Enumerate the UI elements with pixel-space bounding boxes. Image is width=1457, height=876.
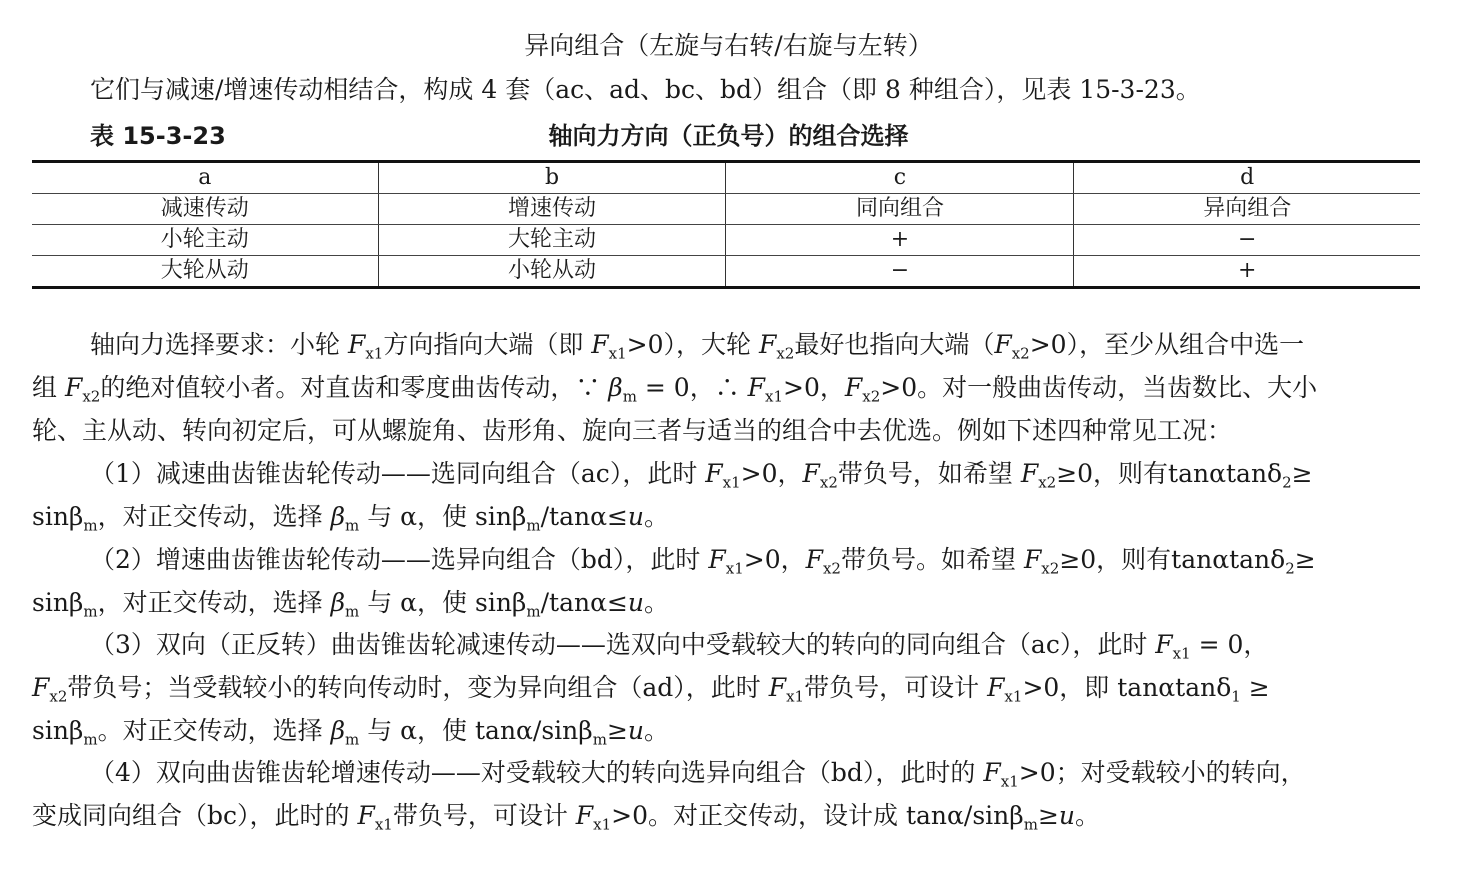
table-cell: 大轮主动 — [378, 225, 726, 256]
header-cell-a: a — [32, 162, 378, 194]
table-cell: 增速传动 — [378, 194, 726, 225]
table-header-row: a b c d — [32, 162, 1420, 194]
text-line: 组 Fx2的绝对值较小者。对直齿和零度曲齿传动，∵ βm = 0，∴ Fx1>0… — [32, 366, 1422, 409]
table-number: 表 15-3-23 — [90, 116, 226, 151]
text-line: 变成同向组合（bc），此时的 Fx1带负号，可设计 Fx1>0。对正交传动，设计… — [32, 794, 1422, 837]
requirements-paragraph: 轴向力选择要求：小轮 Fx1方向指向大端（即 Fx1>0），大轮 Fx2最好也指… — [32, 323, 1422, 452]
table-cell: + — [726, 225, 1074, 256]
table-cell: 小轮从动 — [378, 256, 726, 288]
case-2-paragraph: （2）增速曲齿锥齿轮传动——选异向组合（bd），此时 Fx1>0，Fx2带负号。… — [32, 538, 1422, 624]
case-3-paragraph: （3）双向（正反转）曲齿锥齿轮减速传动——选双向中受载较大的转向的同向组合（ac… — [32, 623, 1422, 752]
text-line: （4）双向曲齿锥齿轮增速传动——对受载较大的转向选异向组合（bd），此时的 Fx… — [32, 751, 1422, 794]
table-row: 小轮主动 大轮主动 + − — [32, 225, 1420, 256]
text-line: sinβm，对正交传动，选择 βm 与 α，使 sinβm/tanα≤u。 — [32, 581, 1422, 624]
table-cell: 同向组合 — [726, 194, 1074, 225]
text-line: Fx2带负号；当受载较小的转向传动时，变为异向组合（ad），此时 Fx1带负号，… — [32, 666, 1422, 709]
case-1-paragraph: （1）减速曲齿锥齿轮传动——选同向组合（ac），此时 Fx1>0，Fx2带负号，… — [32, 452, 1422, 538]
table-cell: − — [1074, 225, 1420, 256]
table-cell: − — [726, 256, 1074, 288]
table-row: 减速传动 增速传动 同向组合 异向组合 — [32, 194, 1420, 225]
text-line: sinβm，对正交传动，选择 βm 与 α，使 sinβm/tanα≤u。 — [32, 495, 1422, 538]
text-line: （3）双向（正反转）曲齿锥齿轮减速传动——选双向中受载较大的转向的同向组合（ac… — [32, 623, 1422, 666]
table-cell: 减速传动 — [32, 194, 378, 225]
header-cell-d: d — [1074, 162, 1420, 194]
text-line: （2）增速曲齿锥齿轮传动——选异向组合（bd），此时 Fx1>0，Fx2带负号。… — [32, 538, 1422, 581]
text-line: 轮、主从动、转向初定后，可从螺旋角、齿形角、旋向三者与适当的组合中去优选。例如下… — [32, 409, 1422, 452]
table-cell: + — [1074, 256, 1420, 288]
table-cell: 小轮主动 — [32, 225, 378, 256]
table-cell: 异向组合 — [1074, 194, 1420, 225]
axial-force-combination-table: a b c d 减速传动 增速传动 同向组合 异向组合 小轮主动 大轮主动 + … — [32, 160, 1420, 289]
header-cell-b: b — [378, 162, 726, 194]
header-cell-c: c — [726, 162, 1074, 194]
intro-paragraph: 它们与减速/增速传动相结合，构成 4 套（ac、ad、bc、bd）组合（即 8 … — [90, 74, 1201, 106]
text-line: （1）减速曲齿锥齿轮传动——选同向组合（ac），此时 Fx1>0，Fx2带负号，… — [32, 452, 1422, 495]
text-line: 轴向力选择要求：小轮 Fx1方向指向大端（即 Fx1>0），大轮 Fx2最好也指… — [32, 323, 1422, 366]
case-4-paragraph: （4）双向曲齿锥齿轮增速传动——对受载较大的转向选异向组合（bd），此时的 Fx… — [32, 751, 1422, 837]
table-cell: 大轮从动 — [32, 256, 378, 288]
section-heading: 异向组合（左旋与右转/右旋与左转） — [0, 30, 1457, 62]
table-row: 大轮从动 小轮从动 − + — [32, 256, 1420, 288]
text-line: sinβm。对正交传动，选择 βm 与 α，使 tanα/sinβm≥u。 — [32, 709, 1422, 752]
